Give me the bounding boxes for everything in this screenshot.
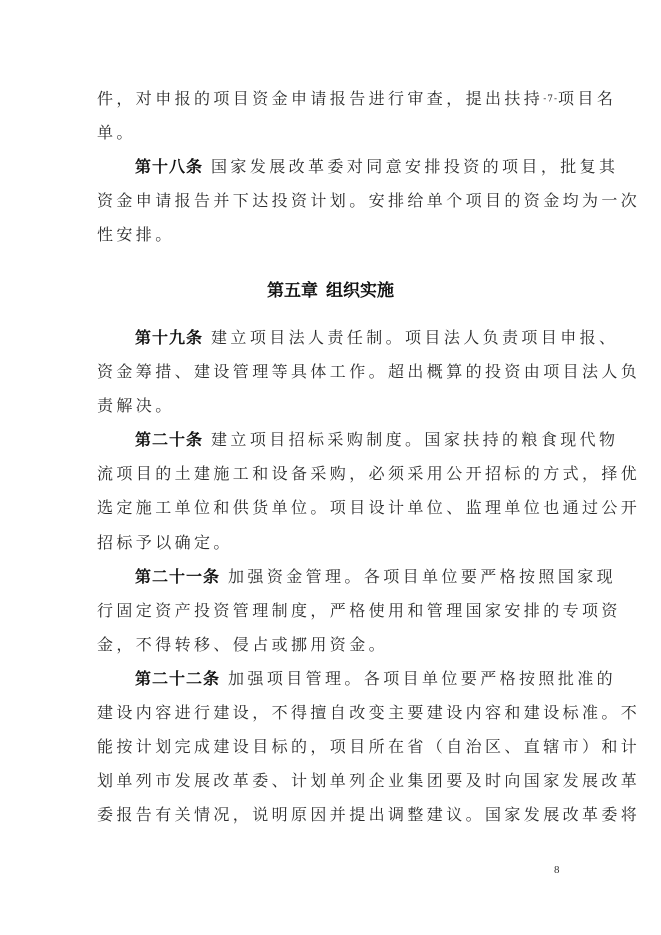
text-line: 责解决。 (97, 395, 567, 417)
article-20-first-line: 第二十条建立项目招标采购制度。国家扶持的粮食现代物 (135, 429, 567, 451)
article-number: 第十九条 (135, 328, 203, 347)
text-line: 资金申请报告并下达投资计划。安排给单个项目的资金均为一次 (97, 190, 567, 212)
article-18-first-line: 第十八条国家发展改革委对同意安排投资的项目，批复其 (135, 156, 567, 178)
article-21-first-line: 第二十一条加强资金管理。各项目单位要严格按照国家现 (135, 566, 567, 588)
text-line: 流项目的土建施工和设备采购，必须采用公开招标的方式，择优 (97, 463, 567, 485)
article-number: 第十八条 (135, 157, 203, 176)
line-text: 建立项目法人责任制。项目法人负责项目申报、 (211, 328, 618, 347)
text-line: 建设内容进行建设，不得擅自改变主要建设内容和建设标准。不 (97, 702, 567, 724)
text-line: 能按计划完成建设目标的，项目所在省（自治区、直辖市）和计 (97, 736, 567, 758)
chapter-heading: 第五章组织实施 (0, 276, 661, 301)
article-number: 第二十条 (135, 430, 203, 449)
article-22-first-line: 第二十二条加强项目管理。各项目单位要严格按照批准的 (135, 668, 567, 690)
text-line: 资金筹措、建设管理等具体工作。超出概算的投资由项目法人负 (97, 361, 567, 383)
chapter-number: 第五章 (267, 281, 318, 301)
line-text: 建立项目招标采购制度。国家扶持的粮食现代物 (211, 430, 618, 449)
line-text: 加强项目管理。各项目单位要严格按照批准的 (228, 669, 616, 688)
text-line: 件，对申报的项目资金申请报告进行审查，提出扶持-7-项目名 (97, 88, 567, 110)
article-19-first-line: 第十九条建立项目法人责任制。项目法人负责项目申报、 (135, 327, 567, 349)
inline-page-mark: -7- (543, 95, 558, 105)
text-line: 委报告有关情况，说明原因并提出调整建议。国家发展改革委将 (97, 804, 567, 826)
line-text: 项目名 (558, 89, 616, 108)
text-line: 行固定资产投资管理制度，严格使用和管理国家安排的专项资 (97, 600, 567, 622)
text-line: 划单列市发展改革委、计划单列企业集团要及时向国家发展改革 (97, 770, 567, 792)
line-text: 国家发展改革委对同意安排投资的项目，批复其 (211, 157, 618, 176)
text-line: 选定施工单位和供货单位。项目设计单位、监理单位也通过公开 (97, 497, 567, 519)
text-line: 性安排。 (97, 224, 567, 246)
text-line: 单。 (97, 122, 567, 144)
text-line: 金，不得转移、侵占或挪用资金。 (97, 634, 567, 656)
chapter-title: 组织实施 (326, 281, 394, 301)
text-line: 招标予以确定。 (97, 532, 567, 554)
page-number: 8 (554, 864, 560, 876)
article-number: 第二十一条 (135, 567, 220, 586)
article-number: 第二十二条 (135, 669, 220, 688)
line-text: 加强资金管理。各项目单位要严格按照国家现 (228, 567, 616, 586)
document-page: 件，对申报的项目资金申请报告进行审查，提出扶持-7-项目名 单。 第十八条国家发… (0, 0, 661, 935)
line-text: 件，对申报的项目资金申请报告进行审查，提出扶持 (97, 89, 543, 108)
